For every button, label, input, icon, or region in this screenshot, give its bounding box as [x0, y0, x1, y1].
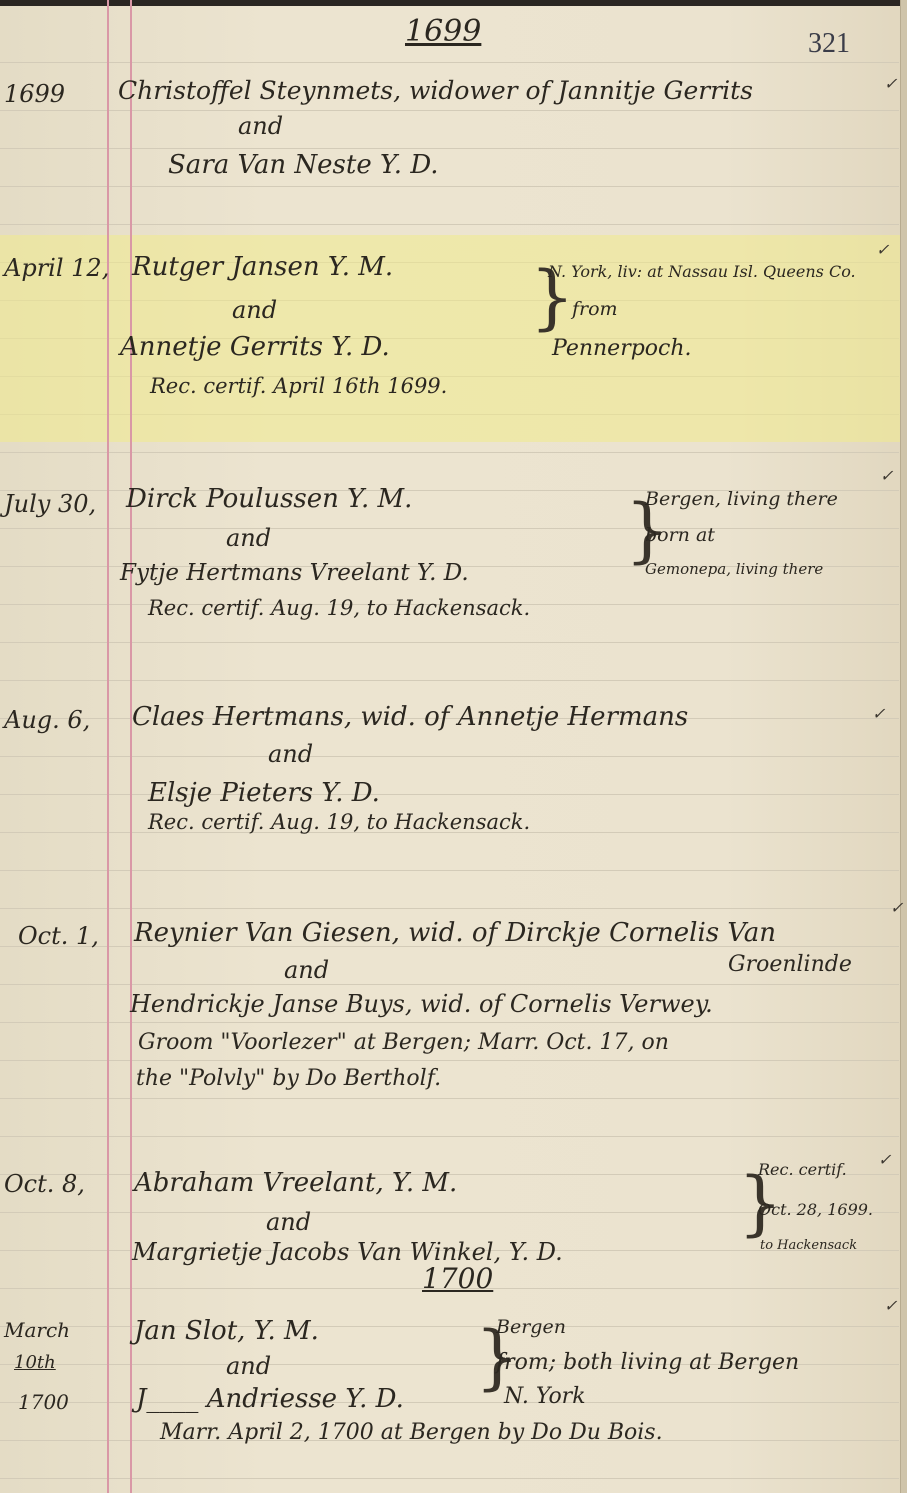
ruled-line: [0, 224, 899, 225]
ruled-line: [0, 1478, 899, 1479]
bride-name: Annetje Gerrits Y. D.: [120, 332, 390, 362]
entry-date: 1699: [4, 80, 65, 108]
residence-line: born at: [645, 524, 715, 546]
check-mark-icon: ✓: [876, 240, 889, 259]
marriage-note: Marr. April 2, 1700 at Bergen by Do Du B…: [160, 1420, 663, 1445]
ledger-page: 1699 321 1699 Christoffel Steynmets, wid…: [0, 0, 907, 1493]
entry-date: April 12,: [4, 254, 109, 282]
certificate-note: Rec. certif. Aug. 19, to Hackensack.: [148, 596, 530, 620]
entry-date-month: March: [4, 1318, 70, 1342]
groom-name: Reynier Van Giesen, wid. of Dirckje Corn…: [134, 918, 776, 948]
conjunction: and: [226, 524, 271, 552]
residence-line: from; both living at Bergen: [496, 1350, 799, 1375]
conjunction: and: [226, 1352, 271, 1380]
ruled-line: [0, 148, 899, 149]
remark-line: the "Polvly" by Do Bertholf.: [136, 1066, 441, 1091]
residence-line: Gemonepa, living there: [645, 560, 823, 578]
entry-date: July 30,: [4, 490, 96, 518]
page-number: 321: [808, 28, 850, 60]
bride-name: Sara Van Neste Y. D.: [168, 150, 439, 180]
entry-date-day: 10th: [14, 1352, 56, 1373]
ruled-line: [0, 110, 899, 111]
residence-line: Bergen, living there: [645, 488, 838, 510]
ruled-line: [0, 186, 899, 187]
page-top-edge: [0, 0, 907, 6]
residence-line: from: [572, 298, 618, 320]
conjunction: and: [268, 740, 313, 768]
groom-name: Abraham Vreelant, Y. M.: [134, 1168, 457, 1198]
residence-line: Rec. certif.: [758, 1160, 847, 1179]
entry-date: Oct. 1,: [18, 922, 99, 950]
ruled-line: [0, 452, 899, 453]
conjunction: and: [284, 956, 329, 984]
check-mark-icon: ✓: [880, 466, 893, 485]
check-mark-icon: ✓: [884, 1296, 897, 1315]
residence-line: N. York: [504, 1384, 586, 1409]
conjunction: and: [266, 1208, 311, 1236]
entry-date: Aug. 6,: [4, 706, 90, 734]
ruled-line: [0, 680, 899, 681]
ruled-line: [0, 1022, 899, 1023]
check-mark-icon: ✓: [884, 74, 897, 93]
ruled-line: [0, 528, 899, 529]
groom-name: Claes Hertmans, wid. of Annetje Hermans: [132, 702, 688, 732]
margin-line-left: [107, 0, 109, 1493]
residence-line: to Hackensack: [760, 1238, 857, 1253]
groom-name: Dirck Poulussen Y. M.: [126, 484, 412, 514]
ruled-line: [0, 1136, 899, 1137]
ruled-line: [0, 984, 899, 985]
bride-name: Hendrickje Janse Buys, wid. of Cornelis …: [130, 990, 713, 1018]
groom-name-continued: Groenlinde: [728, 952, 852, 977]
certificate-note: Rec. certif. Aug. 19, to Hackensack.: [148, 810, 530, 834]
check-mark-icon: ✓: [872, 704, 885, 723]
ruled-line: [0, 756, 899, 757]
conjunction: and: [232, 296, 277, 324]
year-marker: 1700: [422, 1262, 493, 1295]
residence-line: Oct. 28, 1699.: [758, 1200, 873, 1219]
bride-name: Fytje Hertmans Vreelant Y. D.: [120, 560, 469, 586]
groom-name: Rutger Jansen Y. M.: [132, 252, 393, 282]
ruled-line: [0, 1060, 899, 1061]
ruled-line: [0, 794, 899, 795]
groom-name: Christoffel Steynmets, widower of Jannit…: [118, 76, 753, 105]
residence-line: Bergen: [496, 1316, 566, 1338]
ruled-line: [0, 908, 899, 909]
ruled-line: [0, 1098, 899, 1099]
year-heading: 1699: [405, 14, 481, 49]
residence-line: Pennerpoch.: [552, 336, 692, 361]
remark-line: Groom "Voorlezer" at Bergen; Marr. Oct. …: [138, 1030, 669, 1055]
check-mark-icon: ✓: [878, 1150, 891, 1169]
bride-name: Elsje Pieters Y. D.: [148, 778, 380, 808]
entry-date: Oct. 8,: [4, 1170, 85, 1198]
page-binding-edge: [900, 0, 907, 1493]
groom-name: Jan Slot, Y. M.: [134, 1316, 319, 1346]
ruled-line: [0, 642, 899, 643]
ruled-line: [0, 1402, 899, 1403]
margin-line-right: [130, 0, 132, 1493]
bride-name: J____ Andriesse Y. D.: [136, 1384, 404, 1414]
check-mark-icon: ✓: [890, 898, 903, 917]
ruled-line: [0, 62, 899, 63]
conjunction: and: [238, 112, 283, 140]
certificate-note: Rec. certif. April 16th 1699.: [150, 374, 447, 398]
ruled-line: [0, 870, 899, 871]
entry-date-year: 1700: [18, 1390, 69, 1414]
bride-name: Margrietje Jacobs Van Winkel, Y. D.: [132, 1238, 563, 1266]
residence-line: N. York, liv: at Nassau Isl. Queens Co.: [548, 262, 856, 281]
